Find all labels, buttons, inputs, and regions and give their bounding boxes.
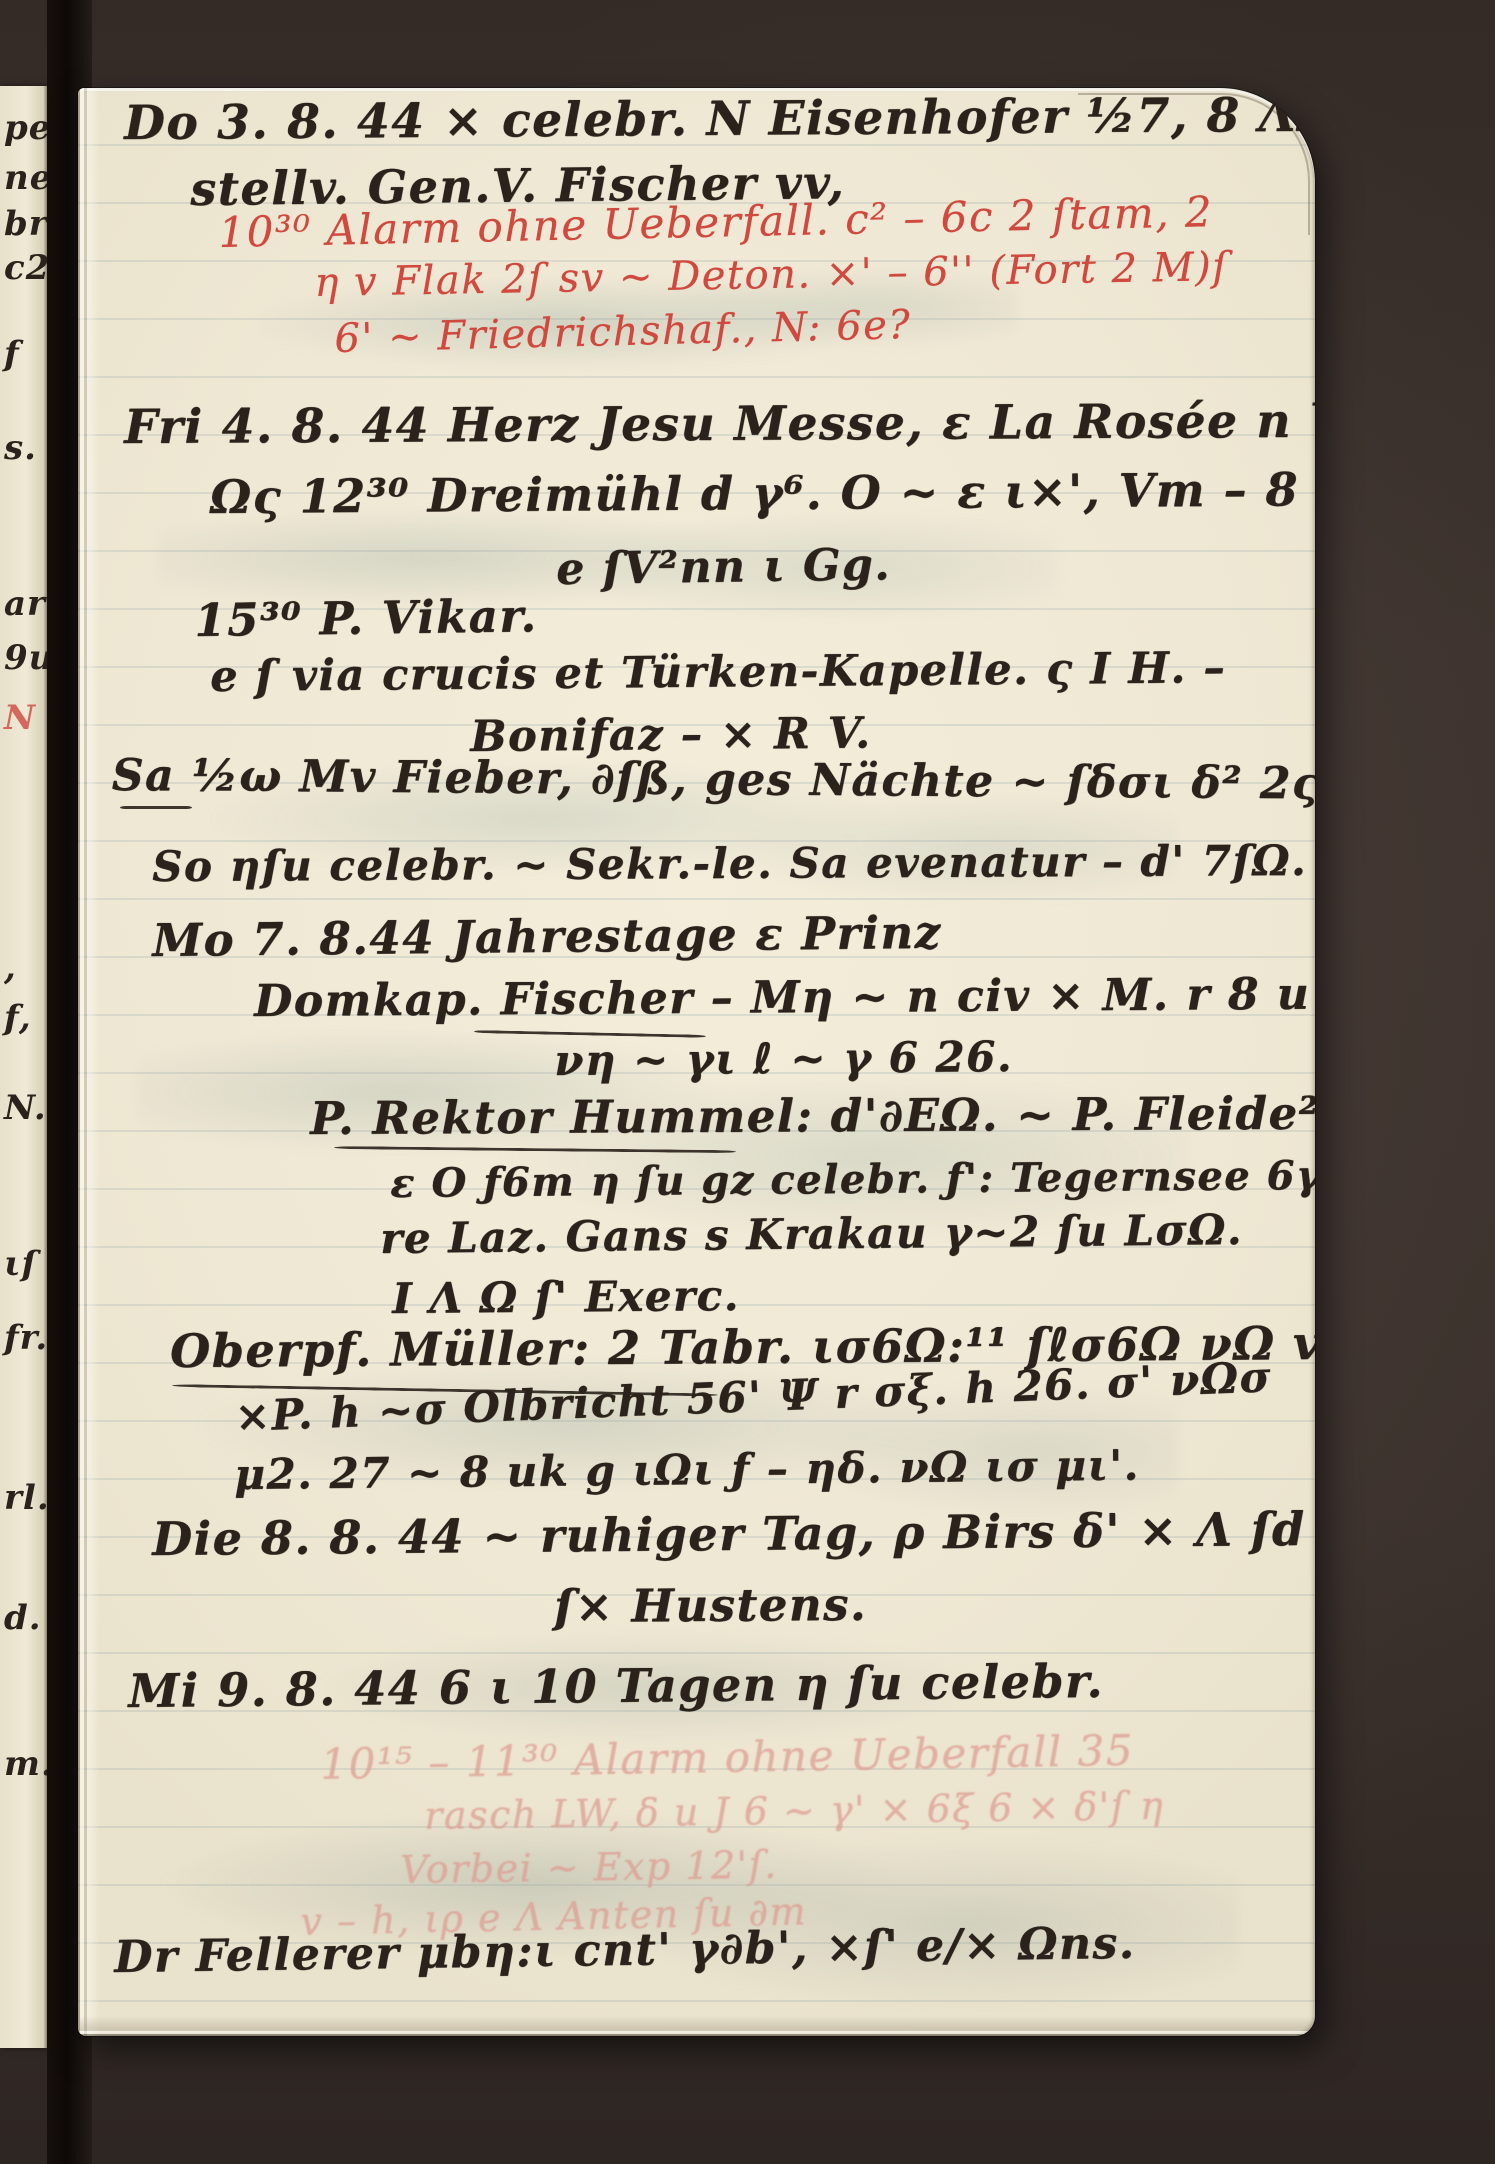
diary-line: 10¹⁵ – 11³⁰ Alarm ohne Ueberfall 35	[320, 1726, 1134, 1789]
handwriting-layer: Do 3. 8. 44 × celebr. N Eisenhofer ½7, 8…	[78, 88, 1315, 2036]
diary-line: Ως 12³⁰ Dreimühl d γ⁶. O ~ ε ι×', Vm – 8…	[210, 462, 1315, 524]
diary-line: η v Flak 2ſ sv ~ Deton. ×' – 6'' (Fort 2…	[314, 244, 1229, 306]
diary-line: 6' ~ Friedrichshaf., N: 6e?	[334, 302, 912, 362]
facing-page-text-fragment: d.	[4, 1598, 42, 1638]
underline-stroke	[120, 806, 192, 809]
facing-page-text-fragment: rl.	[4, 1478, 50, 1518]
diary-line: P. Rektor Hummel: d'∂ΕΩ. ~ P. Fleide².	[310, 1087, 1315, 1145]
diary-line: νη ~ γι ℓ ~ γ 6 26.	[554, 1032, 1013, 1085]
facing-page-text-fragment: s.	[4, 428, 37, 468]
diary-line: re Laz. Gans s Krakau γ~2 ſu LσΩ.	[380, 1205, 1243, 1263]
diary-line: 15³⁰ P. Vikar.	[194, 589, 538, 647]
diary-line: Do 3. 8. 44 × celebr. N Eisenhofer ½7, 8…	[124, 88, 1315, 151]
diary-line: Die 8. 8. 44 ~ ruhiger Tag, ρ Birs δ' × …	[152, 1501, 1315, 1566]
diary-line: ſ× Hustens.	[554, 1578, 867, 1633]
facing-page-text-fragment: N	[4, 698, 36, 738]
facing-page-text-fragment: f,	[4, 998, 32, 1038]
facing-page-text-fragment: c2	[4, 248, 50, 288]
scan-background: { "document": {"kind": "handwritten-diar…	[0, 0, 1495, 2164]
diary-line: So ηſu celebr. ~ Sekr.-le. Sa evenatur –…	[152, 836, 1307, 891]
facing-page-text-fragment: br	[4, 204, 48, 244]
diary-line: rasch LW, δ u J 6 ~ γ' × 6ξ 6 × δ'ſ η	[424, 1784, 1164, 1838]
diary-line: Dr Fellerer μbη:ι cnt' γ∂b', ×ſ' e/× Ωns…	[114, 1918, 1136, 1983]
diary-line: Sa ½ω Mv Fieber, ∂ſß, ges Nächte ~ ſδσι …	[112, 750, 1315, 810]
facing-page-text-fragment: N.	[4, 1088, 47, 1128]
facing-page-text-fragment: ar	[4, 584, 46, 624]
diary-line: ε Ο ƒ6m η ſu gz celebr. ƒ': Tegernsee 6γ…	[390, 1151, 1315, 1207]
facing-page-text-fragment: fr.	[4, 1318, 48, 1358]
diary-line: I Λ Ω ſ' Exerc.	[392, 1271, 740, 1323]
facing-page-text-fragment: ιſ	[4, 1244, 37, 1284]
facing-page-text-fragment: f	[4, 334, 20, 374]
underline-stroke	[334, 1146, 736, 1153]
diary-line: e ſV²nn ι Gg.	[556, 539, 891, 595]
diary-line: Mo 7. 8.44 Jahrestage ε Prinz	[152, 906, 942, 967]
diary-line: Fri 4. 8. 44 Herz Jesu Messe, ε La Rosée…	[124, 393, 1315, 455]
facing-page-edge: pe.nerbrc2fs.ar9u.N,f,N.ιſfr.rl.d.m.	[0, 86, 47, 2048]
diary-page: Do 3. 8. 44 × celebr. N Eisenhofer ½7, 8…	[78, 88, 1315, 2036]
facing-page-text-fragment: ,	[4, 948, 17, 988]
diary-line: Vorbei ~ Exp 12'ſ.	[400, 1843, 778, 1892]
diary-line: Mi 9. 8. 44 6 ι 10 Tagen η ſu celebr.	[128, 1654, 1104, 1718]
diary-line: Domkap. Fischer – Μη ~ n civ × M. r 8 u …	[254, 968, 1315, 1027]
diary-line: e ſ via crucis et Türken-Kapelle. ς I H.…	[210, 643, 1227, 702]
diary-line: μ2. 27 ~ 8 uk g ιΩι ƒ – ηδ. νΩ ισ μι'.	[234, 1441, 1140, 1499]
